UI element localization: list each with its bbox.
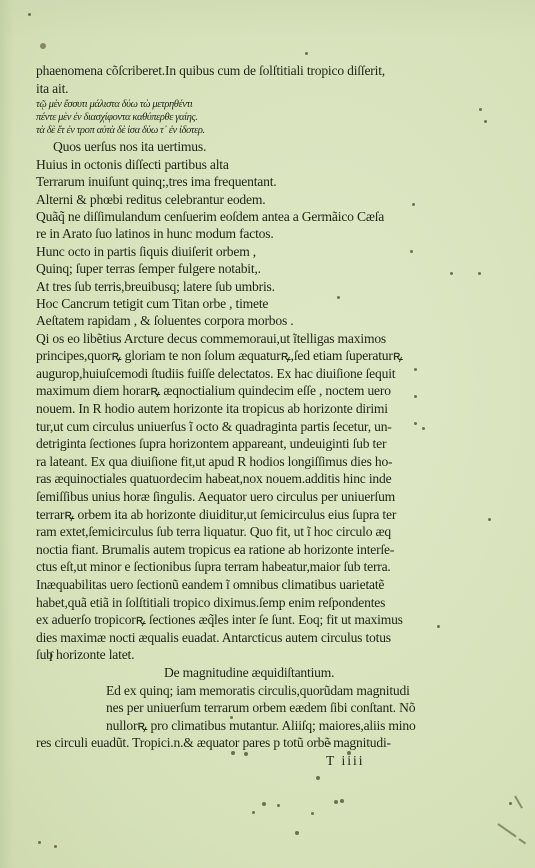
foxing-spot	[277, 804, 280, 807]
signature-mark: T iiii	[36, 752, 436, 770]
text-line: phaenomena cõſcriberet.In quibus cum de …	[36, 62, 436, 80]
paper-page: phaenomena cõſcriberet.In quibus cum de …	[0, 0, 535, 868]
text-block: phaenomena cõſcriberet.In quibus cum de …	[36, 62, 436, 770]
greek-line: τῷ μὲν ἔσσυτι μάλιστα δύω τὼ μετρηθέντι	[36, 98, 436, 111]
paper-scratch	[514, 796, 523, 809]
prose-line: ſemiſſibus unius horæ ſingulis. Aequator…	[36, 488, 436, 506]
foxing-spot	[231, 751, 235, 755]
prose-line: res circuli euadũt. Tropici.n.& æquator …	[36, 734, 436, 752]
foxing-spot	[262, 802, 266, 806]
prose-line: ctus eſt,ut minor e ſectionibus ſupra te…	[36, 558, 436, 576]
verse-line: Quinq; ſuper terras ſemper fulgere notab…	[36, 260, 436, 277]
foxing-spot	[38, 841, 41, 844]
foxing-spot	[337, 296, 340, 299]
prose-line: noctia fiant. Brumalis autem tropicus ea…	[36, 541, 436, 559]
prose-line: maximum diem horarꝶ æqnoctialium quindec…	[36, 382, 436, 400]
verse-line: Terrarum inuiſunt quinq;,tres ima freque…	[36, 173, 436, 190]
prose-line: ſub horizonte latet.	[36, 646, 436, 664]
prose-line: Inæquabilitas uero ſectionũ eandem ĩ omn…	[36, 576, 436, 594]
foxing-spot	[437, 625, 440, 628]
foxing-spot	[334, 800, 338, 804]
final-paragraph: Ed ex quinq; iam memoratis circulis,quor…	[36, 682, 436, 752]
greek-line: τὰ δὲ ἕτ ἐν τροπ αὐτὰ δὲ ἰσα δύω τ᾽ ἐν ἰ…	[36, 124, 436, 137]
foxing-spot	[414, 422, 417, 425]
foxing-spot	[414, 368, 417, 371]
prose-line: nullorꝶ pro climatibus mutantur. Aliiſq;…	[36, 717, 436, 735]
prose-line: ras æquinoctiales quatuordecim habeat,no…	[36, 470, 436, 488]
foxing-spot	[450, 272, 453, 275]
verse-line: At tres ſub terris,breuibusq; latere ſub…	[36, 278, 436, 295]
prose-line: Qi os eo libẽtius Arcture decus commemor…	[36, 330, 436, 348]
prose-line: detriginta ſectiones ſupra horizontem ap…	[36, 435, 436, 453]
foxing-spot	[328, 742, 331, 745]
foxing-spot	[28, 13, 31, 16]
foxing-spot	[410, 250, 413, 253]
verse-line: Quãq̃ ne diſſimulandum cenſuerim eoſdem …	[36, 208, 436, 225]
verse-intro: Quos uerſus nos ita uertimus.	[36, 138, 436, 156]
foxing-spot	[422, 427, 425, 430]
foxing-spot	[305, 52, 308, 55]
foxing-spot	[479, 108, 482, 111]
prose-line: nes per uniuerſum terrarum orbem eædem ſ…	[36, 699, 436, 717]
prose-line: tur,ut cum circulus uniuerſus ĩ octo & q…	[36, 418, 436, 436]
section-heading: De magnitudine æquidiſtantium.	[36, 664, 436, 682]
foxing-spot	[478, 272, 481, 275]
prose-line: augurор,huiuſcemodi ſtudiis fuiſſe delec…	[36, 365, 436, 383]
prose-line: dies maximæ nocti æqualis euadat. Antarc…	[36, 629, 436, 647]
prose-line: Ed ex quinq; iam memoratis circulis,quor…	[36, 682, 436, 700]
foxing-spot	[414, 395, 417, 398]
foxing-spot	[340, 799, 344, 803]
foxing-spot	[311, 812, 314, 815]
prose-line: ex aduerſo tropicorꝶ ſectiones æq̃les in…	[36, 611, 436, 629]
verse-line: re in Arato ſuo latinos in hunc modum fa…	[36, 225, 436, 242]
verse-line: Aeſtatem rapidam , & ſoluentes corpora m…	[36, 312, 436, 329]
foxing-spot	[244, 752, 248, 756]
prose-paragraph: Qi os eo libẽtius Arcture decus commemor…	[36, 330, 436, 664]
verse-line: Alterni & phœbi reditus celebrantur eode…	[36, 191, 436, 208]
prose-line: habet,quã etiã in ſolſtitiali tropico di…	[36, 594, 436, 612]
prose-line: terrarꝶ orbem ita ab horizonte diuiditur…	[36, 506, 436, 524]
foxing-spot	[347, 751, 351, 755]
verse-line: Hoc Cancrum tetigit cum Titan orbe , tim…	[36, 295, 436, 312]
verse-line: Hunc octo in partis ſiquis diuiſerit orb…	[36, 243, 436, 260]
prose-line: ra lateant. Ex qua diuiſione fit,ut apud…	[36, 453, 436, 471]
paper-scratch	[497, 823, 516, 837]
foxing-spot	[252, 811, 255, 814]
verse-line: Huius in octonis diſſecti partibus alta	[36, 156, 436, 173]
prose-line: nouem. In R hodio autem horizonte ita tr…	[36, 400, 436, 418]
prose-line: ram extet,ſemicirculus ſub terra liquatu…	[36, 523, 436, 541]
verse-translation: Huius in octonis diſſecti partibus alta …	[36, 156, 436, 330]
foxing-spot	[316, 776, 320, 780]
foxing-spot	[295, 831, 299, 835]
foxing-spot	[230, 716, 233, 719]
foxing-spot	[40, 43, 46, 49]
prose-line: principes,quorꝶ gloriam te non ſolum æqu…	[36, 347, 436, 365]
foxing-spot	[488, 518, 491, 521]
foxing-spot	[509, 802, 512, 805]
greek-quotation: τῷ μὲν ἔσσυτι μάλιστα δύω τὼ μετρηθέντι …	[36, 98, 436, 137]
paper-scratch	[518, 838, 526, 844]
foxing-spot	[484, 120, 487, 123]
foxing-spot	[54, 845, 57, 848]
margin-note: ſ	[49, 650, 53, 666]
foxing-spot	[412, 203, 415, 206]
greek-line: πέντε μὲν ἐν διασχίφοντα καθύπερθε γαίης…	[36, 111, 436, 124]
text-line: ita ait.	[36, 80, 436, 98]
